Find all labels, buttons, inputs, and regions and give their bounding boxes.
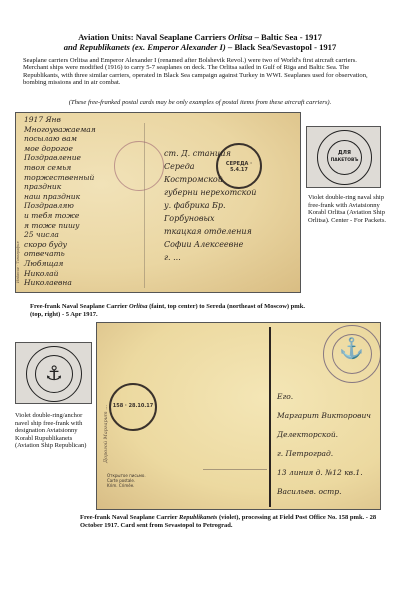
intro-paragraph: Seaplane carriers Orlitsa and Emperor Al… [23,57,383,87]
field-post-office-postmark: 158 · 28.10.17 [109,383,157,431]
orlitsa-card-caption: Free-frank Naval Seaplane Carrier Orlits… [30,303,310,318]
republikanets-stamp-image: ⚓ [15,342,92,404]
anchor-icon: ⚓ [35,361,73,385]
message-line [203,469,267,470]
intro-note: (These free-franked postal cards may be … [0,99,400,106]
title-line-2: and Republikanets (ex. Emperor Alexander… [0,42,400,52]
republikanets-violet-stamp: ⚓ [323,325,381,383]
anchor-icon: ⚓ [324,336,379,361]
postcard-orlitsa: Издание · Типография 1917 ЯнвМногоуважае… [15,112,301,293]
postcard-republikanets: Дорогой Маргарит ... 158 · 28.10.17 Откр… [96,322,381,510]
orlitsa-stamp-image: ДЛЯ ПАКЕТОВЪ [306,126,381,188]
republikanets-card-caption: Free-frank Naval Seaplane Carrier Republ… [80,514,390,529]
title-line-1: Aviation Units: Naval Seaplane Carriers … [0,32,400,42]
faint-orlitsa-stamp [114,141,164,191]
printed-text: Открытое письмо.Carte postale.Krim. Crim… [107,473,146,488]
sideways-message: Дорогой Маргарит ... [103,405,109,463]
page-title: Aviation Units: Naval Seaplane Carriers … [0,32,400,52]
message-text: 1917 ЯнвМногоуважаемаяпосылаю ваммое дор… [24,115,96,288]
republikanets-stamp-caption: Violet double-ring/anchor navel ship fre… [15,412,95,450]
printer-imprint: Издание · Типография [16,241,20,283]
address-text: ст. Д. станцияСередаКостромскойгуберни н… [164,147,256,264]
card-divider [269,327,271,507]
orlitsa-stamp-caption: Violet double-ring naval ship free-frank… [308,194,390,224]
address-text: Его.Маргарит ВикторовичДелекторской.г. П… [277,387,371,501]
